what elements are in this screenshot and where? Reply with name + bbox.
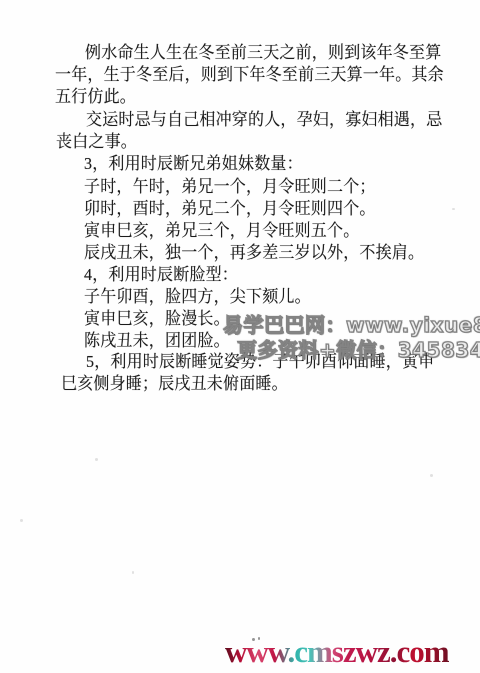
text-line: 一年，生于冬至后，则到下年冬至前三天算一年。其余 [55, 65, 444, 86]
scan-speck [20, 519, 23, 522]
scan-speck [452, 208, 455, 210]
text-line: 交运时忌与自己相冲穿的人，孕妇，寡妇相遇，忌 [86, 110, 442, 131]
scan-speck [132, 571, 134, 574]
scan-speck [430, 474, 433, 477]
text-line: 巳亥侧身睡；辰戌丑未俯面睡。 [61, 374, 288, 395]
scan-speck [95, 458, 98, 461]
text-line: 子时，午时，弟兄一个，月令旺则二个； [84, 177, 376, 198]
text-line: 辰戌丑未，独一个，再多差三岁以外，不挨肩。 [84, 243, 424, 264]
watermark-wechat-contact: 更多资料+微信：3458344044 [237, 334, 480, 363]
text-line: 丧白之事。 [56, 132, 137, 153]
text-line-heading-3: 3，利用时辰断兄弟姐妹数量： [84, 154, 303, 175]
text-line: 子午卯酉，脸四方，尖下颏儿。 [84, 287, 311, 308]
text-line: 卯时，酉时，弟兄二个，月令旺则四个。 [84, 199, 376, 220]
text-line: 陈戌丑未，团团脸。 [84, 331, 230, 352]
text-line: 五行仿此。 [55, 87, 136, 108]
text-line: 例水命生人生在冬至前三天之前，则到该年冬至算 [85, 43, 441, 64]
text-line: 寅申巳亥，弟兄三个，月令旺则五个。 [84, 221, 359, 242]
footer-site-url: www.cmszwz.com [225, 635, 449, 668]
scanned-document-page: 例水命生人生在冬至前三天之前，则到该年冬至算 一年，生于冬至后，则到下年冬至前三… [0, 0, 480, 673]
text-line-heading-4: 4，利用时辰断脸型： [84, 265, 238, 286]
text-line: 寅申巳亥，脸漫长。 [84, 309, 230, 330]
scan-speck [150, 186, 152, 188]
